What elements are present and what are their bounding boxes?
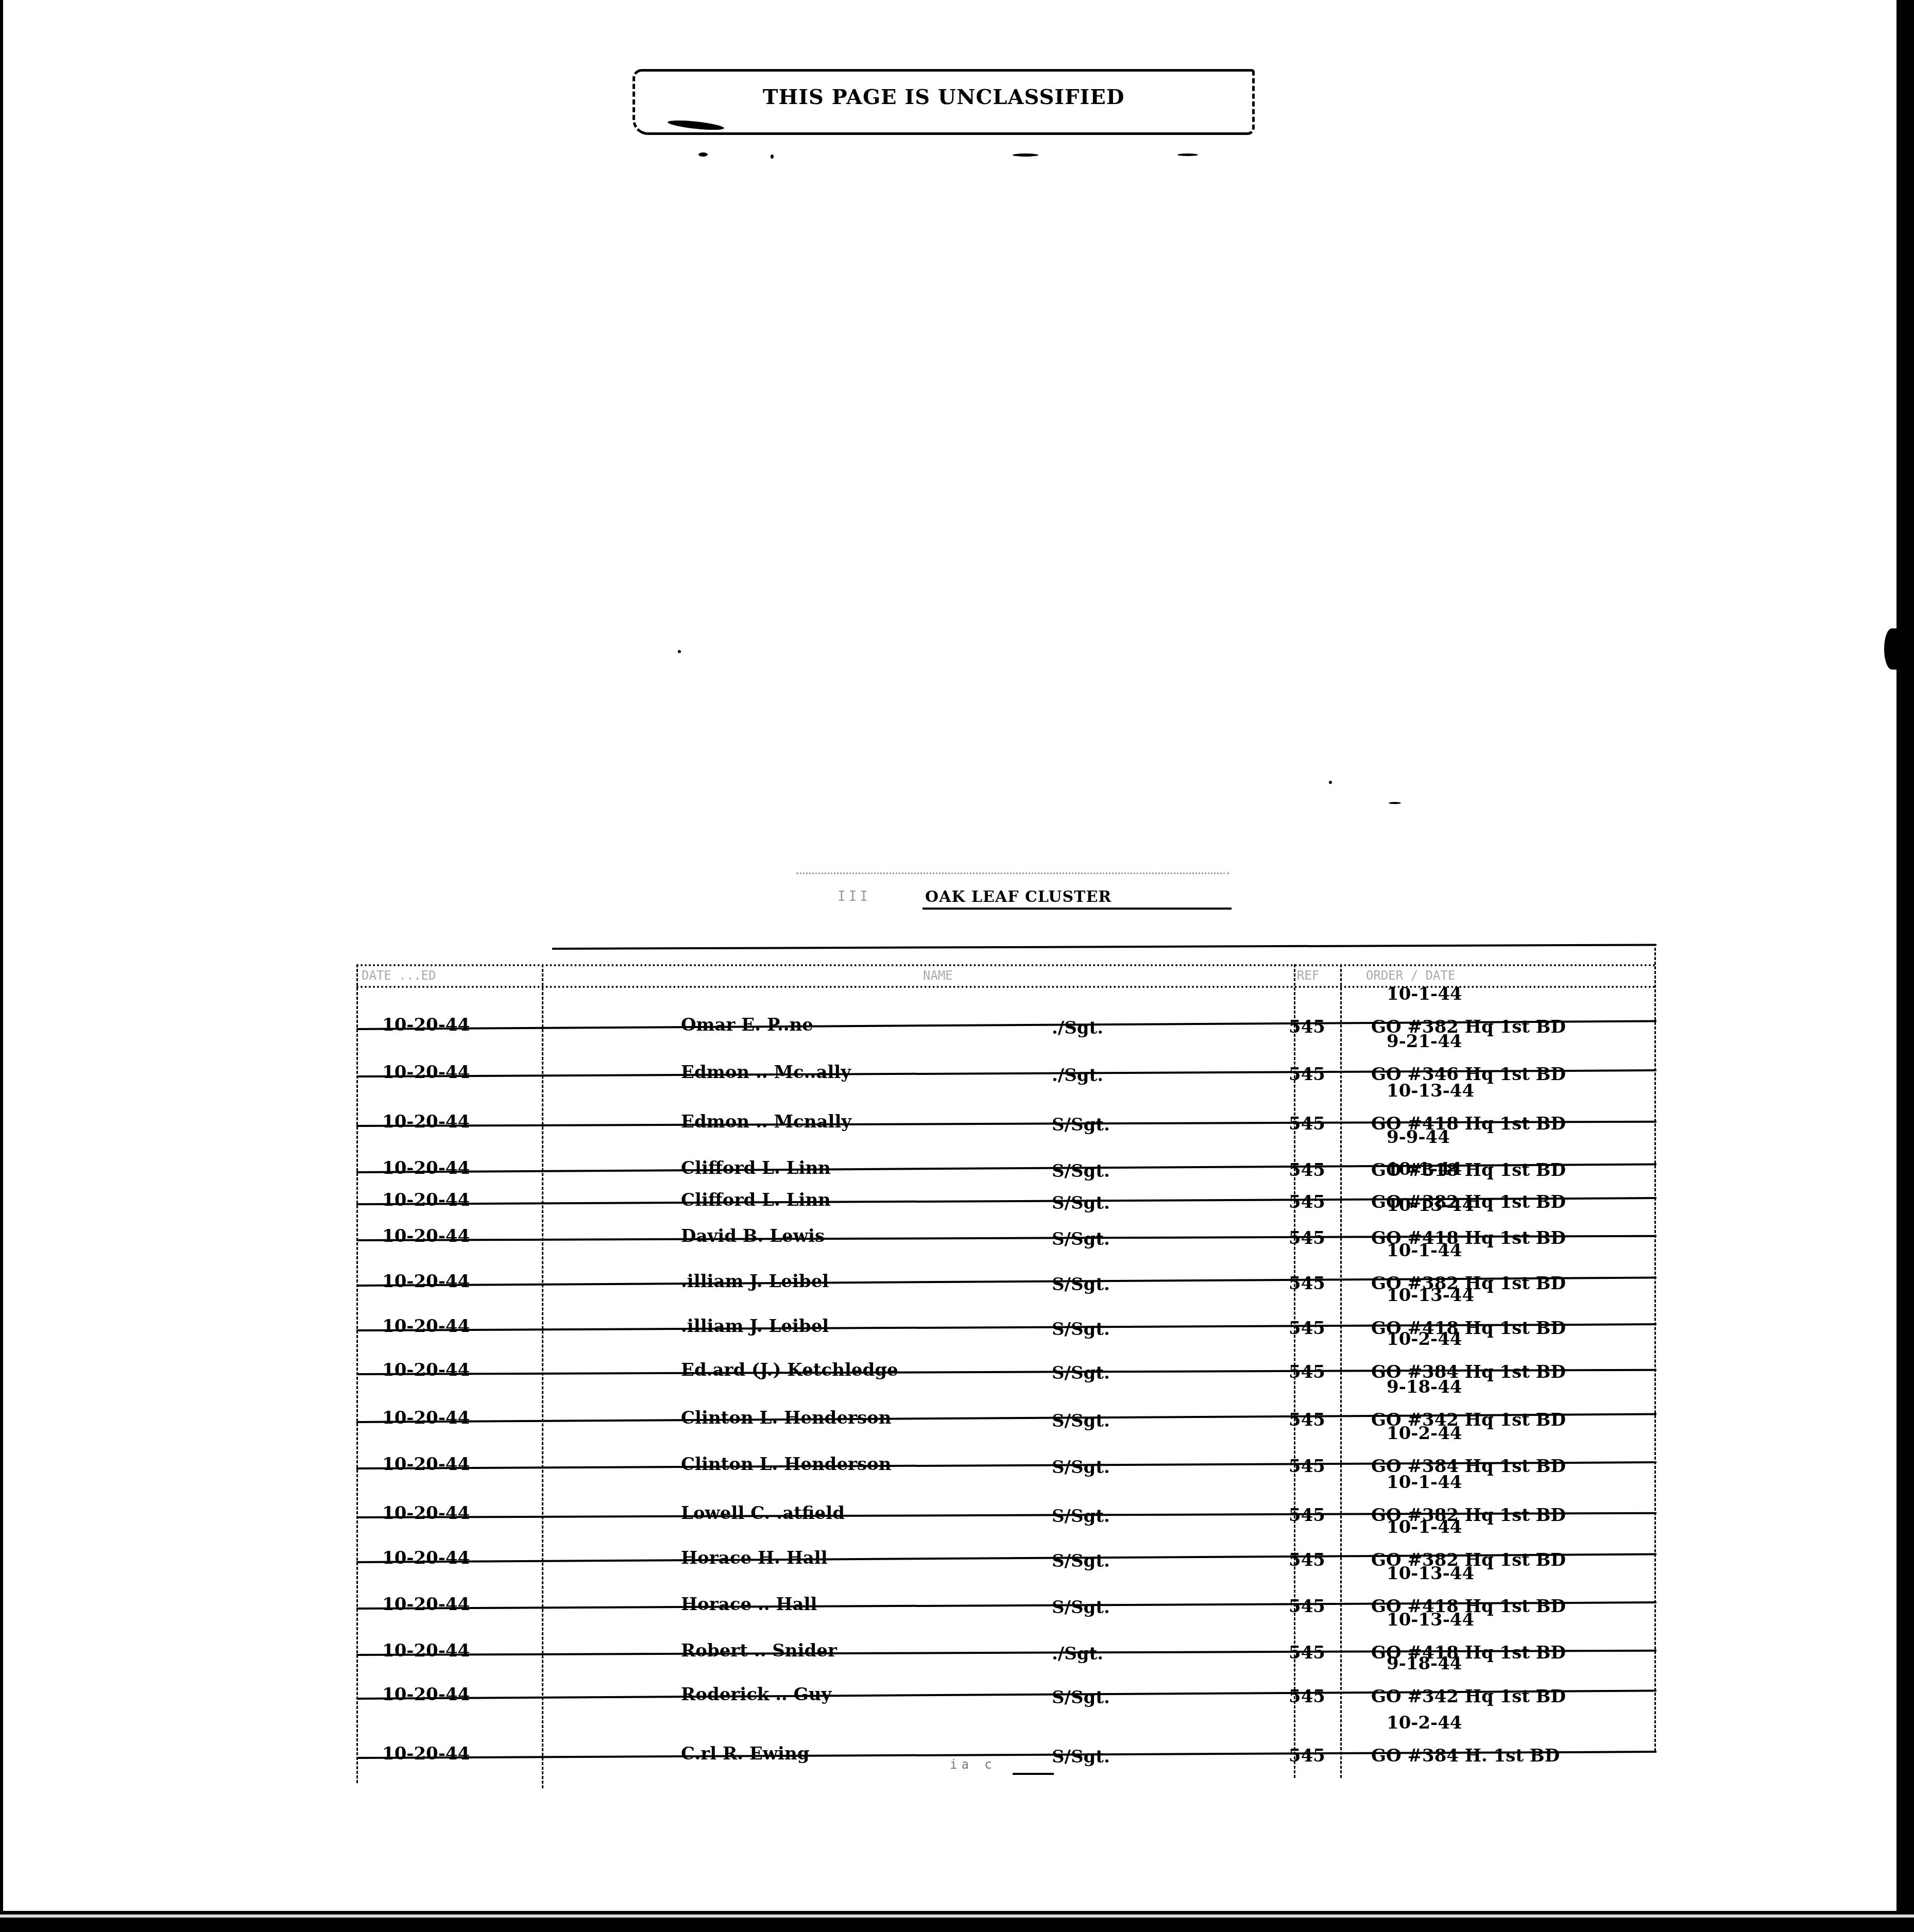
scan-edge-tear: [1884, 628, 1900, 670]
order-date-cell: 10-1-44: [1387, 1517, 1462, 1537]
table-header-top-rule: [356, 964, 1656, 968]
ink-speck: [1177, 153, 1198, 156]
ink-speck: [771, 155, 774, 159]
date-cell: 10-20-44: [382, 1226, 470, 1246]
date-cell: 10-20-44: [382, 1743, 470, 1764]
ink-speck: [1389, 802, 1401, 804]
date-cell: 10-20-44: [382, 1316, 470, 1337]
order-date-cell: 10-1-44: [1387, 1240, 1462, 1261]
column-divider: [1654, 948, 1656, 1751]
ref-cell: 545: [1289, 1273, 1325, 1294]
order-date-cell: 10-1-44: [1387, 984, 1462, 1004]
name-cell: David B. Lewis: [681, 1226, 825, 1246]
grade-cell: S/Sgt.: [1052, 1551, 1110, 1571]
order-date-cell: 9-9-44: [1387, 1127, 1450, 1148]
ref-cell: 545: [1289, 1550, 1325, 1570]
order-date-cell: 10-13-44: [1387, 1285, 1474, 1306]
order-date-cell: 10-13-44: [1387, 1563, 1474, 1584]
order-cell: GO #384 H. 1st BD: [1371, 1746, 1560, 1766]
column-divider: [542, 964, 543, 1788]
name-cell: Ed.ard (J.) Ketchledge: [681, 1360, 898, 1380]
order-date-cell: 10-1-44: [1387, 1159, 1462, 1179]
grade-cell: S/Sgt.: [1052, 1457, 1110, 1478]
document-subtitle: III OAK LEAF CLUSTER: [838, 886, 1239, 911]
page-mark-underline: [1013, 1773, 1054, 1775]
ref-cell: 545: [1289, 1228, 1325, 1249]
grade-cell: S/Sgt.: [1052, 1229, 1110, 1250]
grade-cell: S/Sgt.: [1052, 1115, 1110, 1135]
ref-cell: 545: [1289, 1643, 1325, 1663]
grade-cell: S/Sgt.: [1052, 1161, 1110, 1182]
grade-cell: S/Sgt.: [1052, 1411, 1110, 1431]
order-date-cell: 10-13-44: [1387, 1610, 1474, 1630]
document-page: THIS PAGE IS UNCLASSIFIED III OAK LEAF C…: [3, 0, 1900, 1911]
ink-speck: [678, 650, 681, 653]
date-cell: 10-20-44: [382, 1158, 470, 1178]
ref-cell: 545: [1289, 1192, 1325, 1212]
order-date-cell: 10-13-44: [1387, 1195, 1474, 1216]
order-date-cell: 10-2-44: [1387, 1713, 1462, 1733]
grade-cell: ./Sgt.: [1052, 1644, 1103, 1664]
table-top-border: [552, 944, 1656, 950]
scan-edge: [1896, 0, 1914, 1932]
ref-cell: 545: [1289, 1017, 1325, 1037]
faded-heading: [796, 860, 1229, 874]
name-cell: Robert .. Snider: [681, 1640, 837, 1661]
header-ref: REF: [1297, 968, 1338, 984]
date-cell: 10-20-44: [382, 1112, 470, 1132]
name-cell: .illiam J. Leibel: [681, 1316, 829, 1337]
ref-cell: 545: [1289, 1686, 1325, 1707]
scan-bottom-rule: [0, 1914, 1914, 1918]
ink-speck: [698, 152, 708, 157]
ref-cell: 545: [1289, 1456, 1325, 1477]
date-cell: 10-20-44: [382, 1640, 470, 1661]
order-date-cell: 9-21-44: [1387, 1031, 1462, 1052]
ink-speck: [1013, 153, 1038, 157]
subtitle-text: OAK LEAF CLUSTER: [925, 888, 1112, 906]
grade-cell: S/Sgt.: [1052, 1747, 1110, 1767]
ink-speck: [1329, 781, 1332, 784]
ref-cell: 545: [1289, 1318, 1325, 1339]
header-date: DATE ...ED: [362, 968, 537, 984]
subtitle-underline: [922, 908, 1232, 910]
date-cell: 10-20-44: [382, 1503, 470, 1524]
header-name: NAME: [923, 968, 1078, 984]
date-cell: 10-20-44: [382, 1190, 470, 1210]
classification-stamp: THIS PAGE IS UNCLASSIFIED: [633, 69, 1255, 135]
classification-text: THIS PAGE IS UNCLASSIFIED: [635, 85, 1252, 109]
grade-cell: S/Sgt.: [1052, 1506, 1110, 1527]
header-order: ORDER / DATE: [1366, 968, 1572, 984]
date-cell: 10-20-44: [382, 1684, 470, 1705]
subtitle-prefix: III: [838, 889, 871, 904]
order-cell: GO #342 Hq 1st BD: [1371, 1686, 1566, 1707]
ref-cell: 545: [1289, 1746, 1325, 1766]
ref-cell: 545: [1289, 1410, 1325, 1430]
name-cell: Edmon .. Mc..ally: [681, 1062, 851, 1083]
ref-cell: 545: [1289, 1114, 1325, 1134]
page-mark: ia c: [950, 1757, 996, 1772]
ref-cell: 545: [1289, 1505, 1325, 1526]
order-date-cell: 9-18-44: [1387, 1653, 1462, 1674]
name-cell: C.rl R. Ewing: [681, 1743, 810, 1764]
ref-cell: 545: [1289, 1160, 1325, 1181]
grade-cell: ./Sgt.: [1052, 1065, 1103, 1086]
name-cell: Clifford L. Linn: [681, 1190, 831, 1210]
date-cell: 10-20-44: [382, 1594, 470, 1615]
date-cell: 10-20-44: [382, 1548, 470, 1568]
grade-cell: ./Sgt.: [1052, 1018, 1103, 1038]
name-cell: Lowell C. .atfield: [681, 1503, 845, 1524]
order-date-cell: 10-1-44: [1387, 1472, 1462, 1493]
date-cell: 10-20-44: [382, 1271, 470, 1292]
name-cell: Horace .. Hall: [681, 1594, 817, 1615]
ref-cell: 545: [1289, 1064, 1325, 1085]
order-date-cell: 10-2-44: [1387, 1329, 1462, 1349]
name-cell: Edmon .. Mcnally: [681, 1112, 851, 1132]
order-date-cell: 10-13-44: [1387, 1081, 1474, 1101]
awards-table: DATE ...ED NAME REF ORDER / DATE 10-1-44…: [356, 948, 1656, 1785]
grade-cell: S/Sgt.: [1052, 1274, 1110, 1295]
grade-cell: S/Sgt.: [1052, 1193, 1110, 1213]
date-cell: 10-20-44: [382, 1360, 470, 1380]
date-cell: 10-20-44: [382, 1062, 470, 1083]
date-cell: 10-20-44: [382, 1408, 470, 1428]
grade-cell: S/Sgt.: [1052, 1319, 1110, 1340]
grade-cell: S/Sgt.: [1052, 1363, 1110, 1383]
grade-cell: S/Sgt.: [1052, 1687, 1110, 1708]
date-cell: 10-20-44: [382, 1454, 470, 1475]
name-cell: Clinton L. Henderson: [681, 1454, 891, 1475]
ref-cell: 545: [1289, 1362, 1325, 1382]
ref-cell: 545: [1289, 1596, 1325, 1617]
order-date-cell: 10-2-44: [1387, 1423, 1462, 1444]
order-date-cell: 9-18-44: [1387, 1377, 1462, 1397]
date-cell: 10-20-44: [382, 1015, 470, 1035]
grade-cell: S/Sgt.: [1052, 1597, 1110, 1618]
